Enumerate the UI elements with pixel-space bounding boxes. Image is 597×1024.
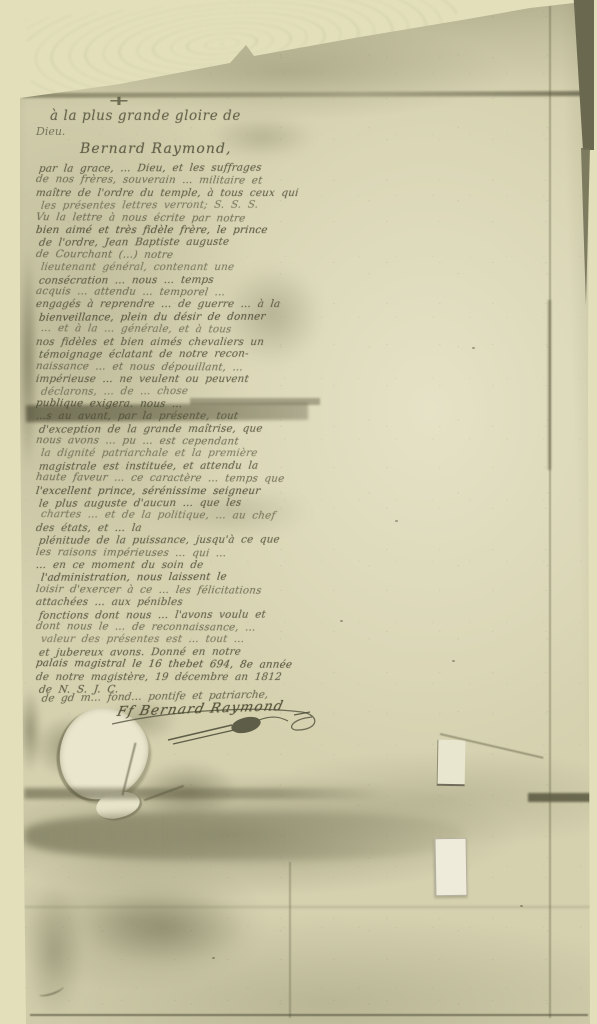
- manuscript-line: nos fidèles et bien aimés chevaliers un: [35, 336, 313, 348]
- manuscript-line: chartes … et de la politique, … au chef: [40, 508, 313, 522]
- manuscript-line: déclarons, … de … chose: [40, 385, 312, 399]
- fold-crease-vertical-bottom: [289, 862, 291, 1018]
- ink-speck: [452, 660, 455, 662]
- fold-crease-vertical-right: [549, 6, 551, 1018]
- left-edge-stain: [18, 248, 38, 473]
- manuscript-line: la dignité patriarchale et la première: [40, 447, 313, 459]
- manuscript-line: les présentes lettres verront; S. S. S.: [40, 199, 312, 213]
- ink-speck: [395, 520, 398, 522]
- quill-mark: [158, 706, 318, 750]
- manuscript-line: Vu la lettre à nous écrite par notre: [35, 211, 313, 225]
- manuscript-line: haute faveur … ce caractère … temps que: [35, 471, 313, 485]
- manuscript-line: les raisons impérieuses … qui …: [35, 546, 313, 560]
- paper-bottom-edge-line: [30, 1014, 588, 1016]
- manuscript-line: engagés à reprendre … de guerre … à la: [35, 298, 313, 310]
- manuscript-line: naissance … et nous dépouillant, …: [35, 360, 313, 374]
- manuscript-line: des états, et … la: [35, 522, 313, 534]
- manuscript-line: … et à la … générale, et à tous: [40, 322, 313, 336]
- manuscript-line: valeur des présentes est … tout …: [40, 633, 313, 645]
- repair-patch: [433, 838, 467, 897]
- manuscript-line: maître de l'ordre du temple, à tous ceux…: [35, 187, 313, 199]
- fold-crease-horizontal-lower: [528, 793, 597, 802]
- manuscript-line: plénitude de la puissance, jusqu'à ce qu…: [38, 533, 312, 547]
- manuscript-line: l'excellent prince, sérénissime seigneur: [35, 485, 313, 497]
- repair-patch: [437, 740, 466, 786]
- manuscript-line: lieutenant général, contenant une: [40, 261, 313, 273]
- parchment-sheet: + à la plus grande gloire de Dieu. Berna…: [0, 0, 597, 1024]
- manuscript-line: de notre magistère, 19 décembre an 1812: [35, 671, 313, 683]
- bottom-left-stain: [82, 888, 247, 966]
- ink-smudge-band: [26, 403, 308, 422]
- faint-crease: [24, 906, 597, 908]
- ink-smudge-band: [190, 398, 320, 405]
- fold-crease-vertical-right: [548, 300, 551, 470]
- scanned-manuscript-page: + à la plus grande gloire de Dieu. Berna…: [0, 0, 597, 1024]
- ink-speck: [340, 620, 343, 622]
- fold-crease-horizontal-lower: [24, 788, 384, 799]
- manuscript-body: par la grace, … Dieu, et les suffragesde…: [36, 162, 312, 695]
- ink-speck: [212, 957, 215, 959]
- manuscript-line: de nos frères, souverain … militaire et: [35, 173, 313, 187]
- bottom-left-stain: [24, 885, 84, 1017]
- ink-speck: [520, 905, 523, 907]
- invocation-cross-icon: +: [83, 95, 154, 109]
- heading-line: Dieu.: [36, 125, 312, 138]
- ink-speck: [472, 347, 475, 349]
- manuscript-line: attachées … aux pénibles: [35, 596, 313, 608]
- manuscript-line: témoignage éclatant de notre recon-: [38, 347, 312, 361]
- heading-line: à la plus grande gloire de: [36, 108, 312, 124]
- manuscript-line: palais magistral le 16 thebet 694, 8e an…: [35, 657, 313, 671]
- addressee-name: Bernard Raymond,: [36, 141, 312, 157]
- manuscript-line: impérieuse … ne veulent ou peuvent: [35, 373, 313, 385]
- dark-stain-band: [24, 812, 464, 860]
